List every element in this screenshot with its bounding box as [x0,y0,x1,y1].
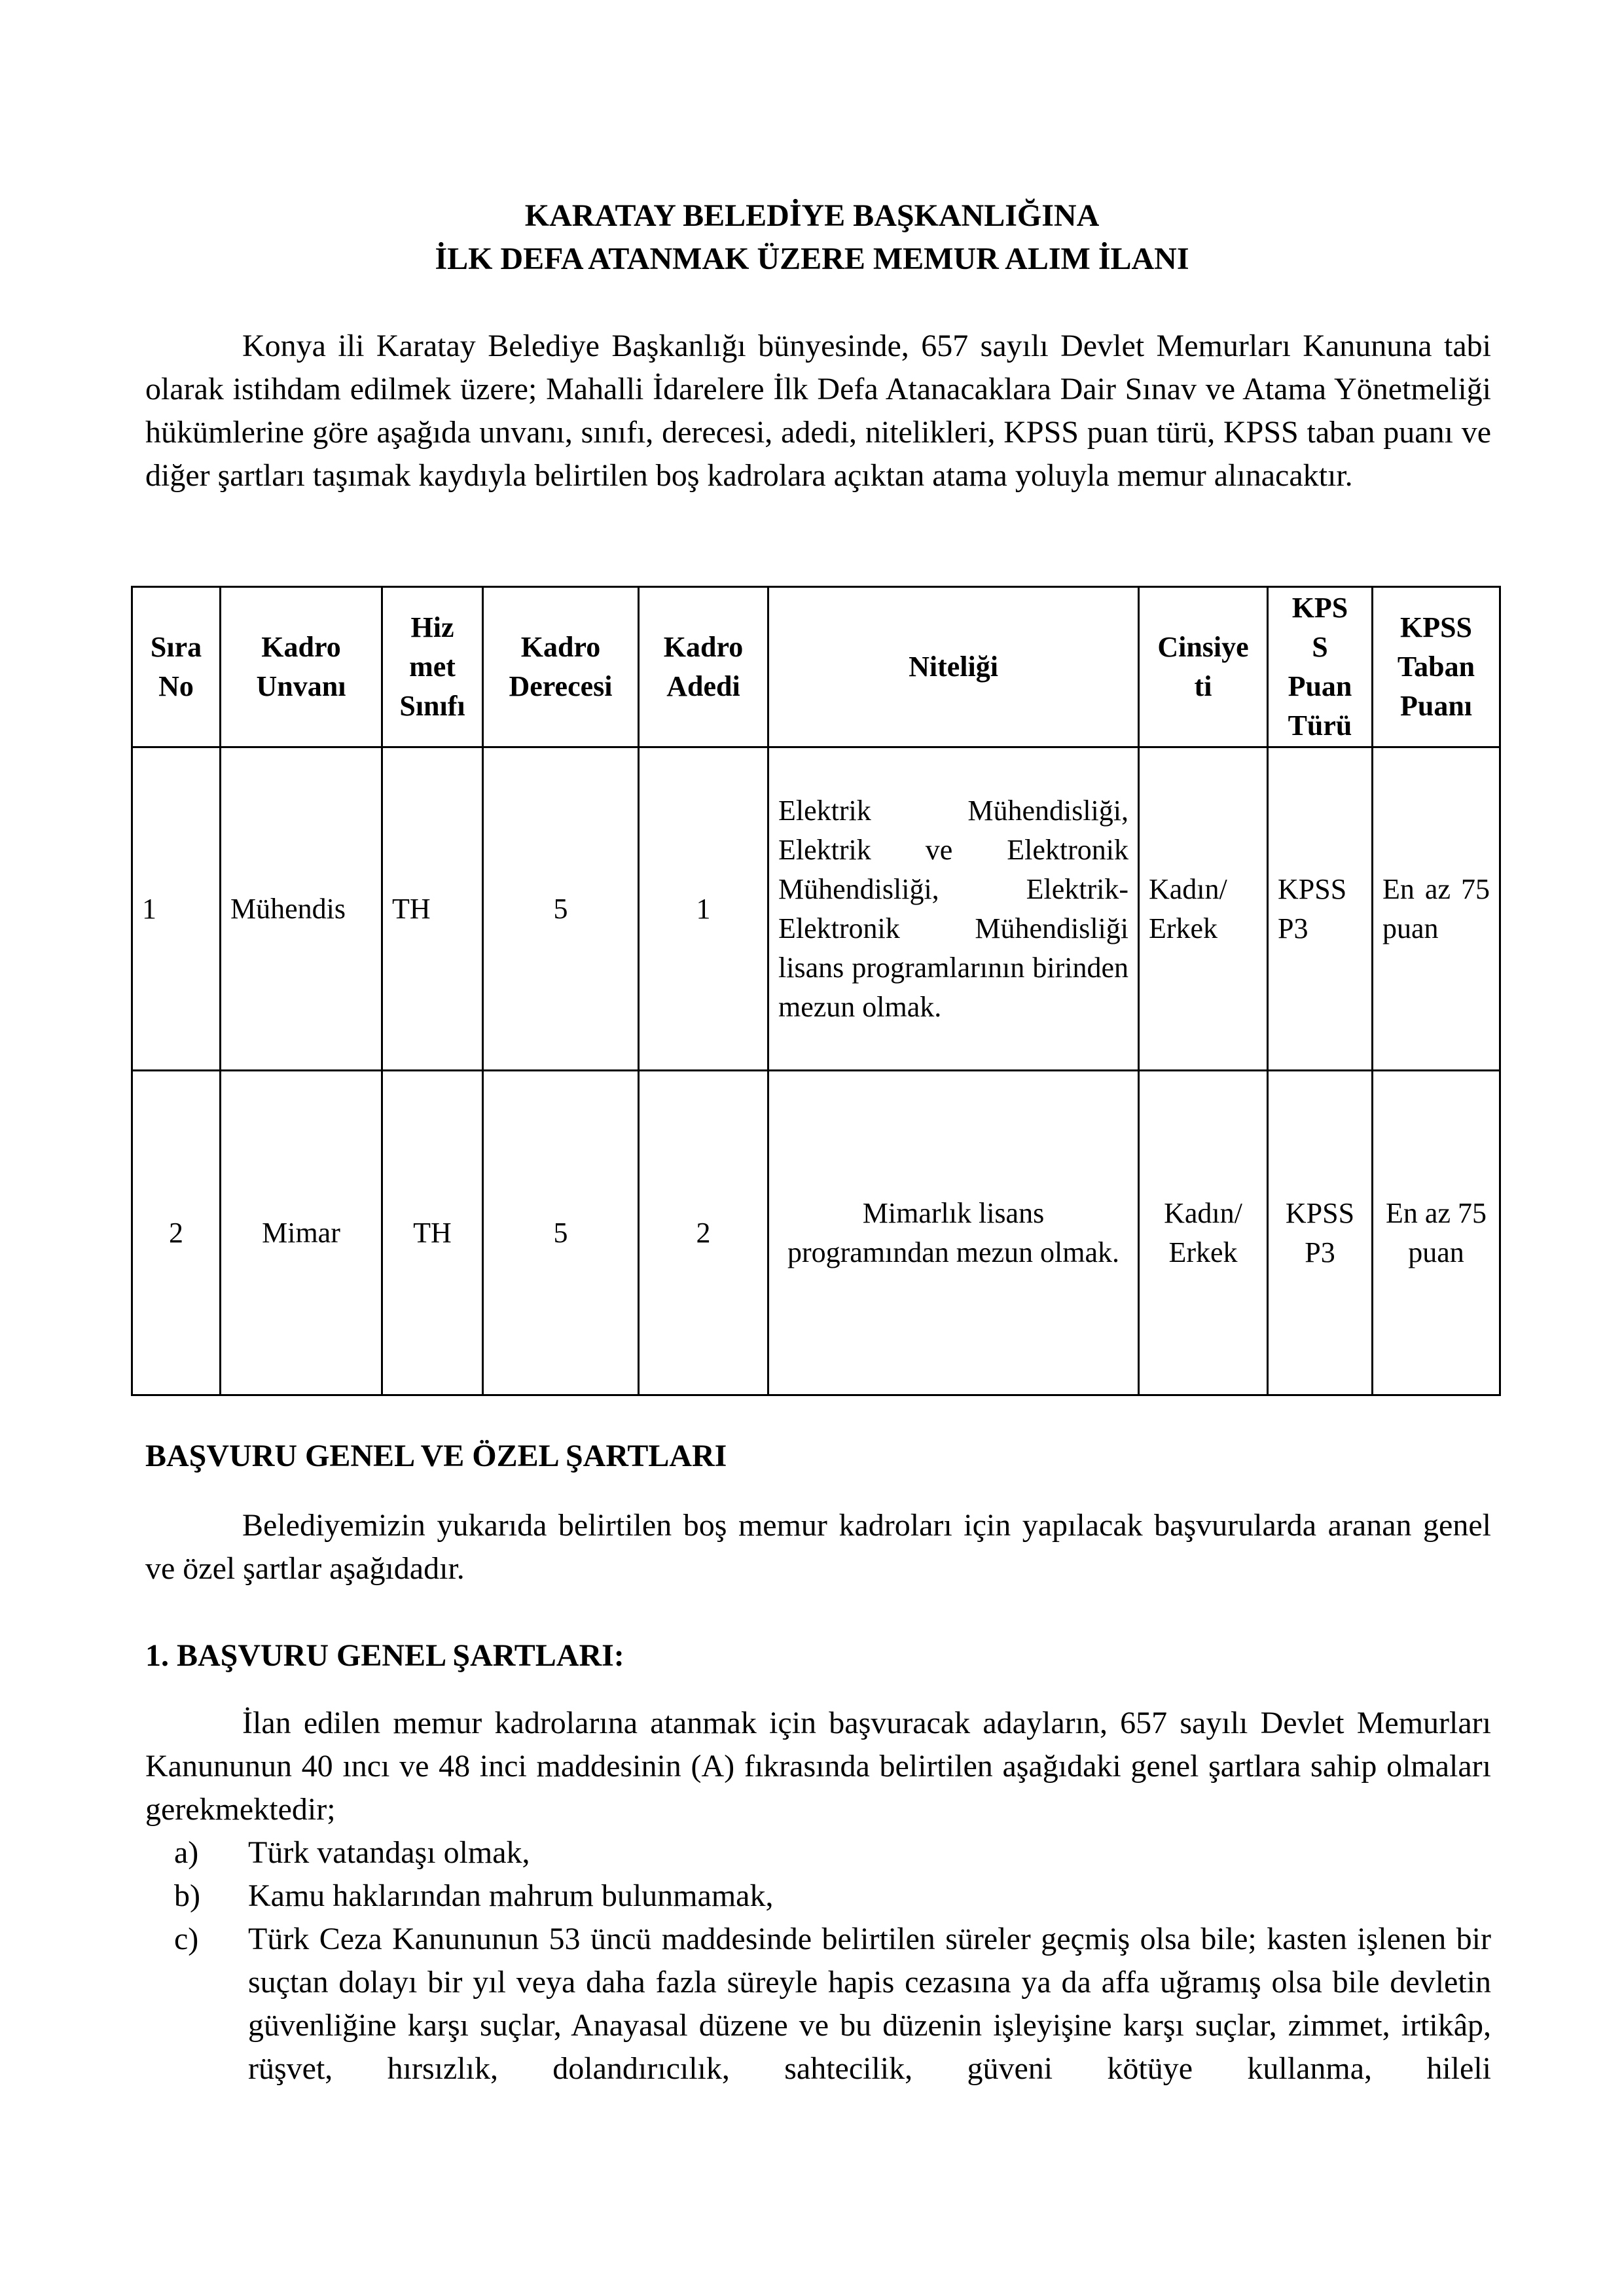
section-heading-general-special: BAŞVURU GENEL VE ÖZEL ŞARTLARI [145,1437,727,1476]
list-marker: b) [174,1874,200,1918]
general-special-paragraph: Belediyemizin yukarıda belirtilen boş me… [145,1504,1491,1590]
list-item-text: Türk vatandaşı olmak, [248,1835,530,1870]
cell-hizmet-sinifi: TH [382,1071,483,1395]
table-row: 1 Mühendis TH 5 1 Elektrik Mühendisliği,… [132,747,1500,1071]
cell-kpss-taban-puani: En az 75 puan [1373,1071,1500,1395]
list-item: a)Türk vatandaşı olmak, [145,1831,1491,1874]
cell-kpss-taban-puani: En az 75 puan [1373,747,1500,1071]
list-marker: c) [174,1918,198,1961]
general-text: İlan edilen memur kadrolarına atanmak iç… [145,1706,1491,1827]
header-niteligi: Niteliği [768,587,1139,747]
header-kadro-derecesi: KadroDerecesi [483,587,639,747]
header-kpss-taban-puani: KPSSTabanPuanı [1373,587,1500,747]
table-row: 2 Mimar TH 5 2 Mimarlık lisans programın… [132,1071,1500,1395]
cell-kadro-unvani: Mimar [221,1071,382,1395]
table-header-row: SıraNo KadroUnvanı HizmetSınıfı KadroDer… [132,587,1500,747]
list-marker: a) [174,1831,198,1874]
cell-niteligi: Mimarlık lisans programından mezun olmak… [768,1071,1139,1395]
list-item: c)Türk Ceza Kanununun 53 üncü maddesinde… [145,1918,1491,2090]
list-item-text: Türk Ceza Kanununun 53 üncü maddesinde b… [248,1922,1491,2086]
cell-sira-no: 2 [132,1071,221,1395]
document-title-line-2: İLK DEFA ATANMAK ÜZERE MEMUR ALIM İLANI [0,240,1624,279]
cell-niteligi: Elektrik Mühendisliği, Elektrik ve Elekt… [768,747,1139,1071]
header-hizmet-sinifi: HizmetSınıfı [382,587,483,747]
list-item-text: Kamu haklarından mahrum bulunmamak, [248,1878,773,1913]
cell-hizmet-sinifi: TH [382,747,483,1071]
cell-kadro-adedi: 2 [639,1071,768,1395]
general-paragraph: İlan edilen memur kadrolarına atanmak iç… [145,1702,1491,1831]
header-sira-no: SıraNo [132,587,221,747]
cell-cinsiyeti: Kadın/ Erkek [1139,1071,1268,1395]
cell-kadro-derecesi: 5 [483,1071,639,1395]
header-kpss-puan-turu: KPSSPuanTürü [1268,587,1373,747]
intro-text: Konya ili Karatay Belediye Başkanlığı bü… [145,329,1491,493]
header-kadro-adedi: KadroAdedi [639,587,768,747]
general-conditions-list: a)Türk vatandaşı olmak, b)Kamu haklarınd… [145,1831,1491,2090]
positions-table: SıraNo KadroUnvanı HizmetSınıfı KadroDer… [131,586,1501,1396]
cell-kadro-unvani: Mühendis [221,747,382,1071]
section-heading-general: 1. BAŞVURU GENEL ŞARTLARI: [145,1636,624,1676]
cell-kadro-adedi: 1 [639,747,768,1071]
header-kadro-unvani: KadroUnvanı [221,587,382,747]
cell-cinsiyeti: Kadın/ Erkek [1139,747,1268,1071]
cell-sira-no: 1 [132,747,221,1071]
header-cinsiyeti: Cinsiyeti [1139,587,1268,747]
general-special-text: Belediyemizin yukarıda belirtilen boş me… [145,1508,1491,1586]
cell-kadro-derecesi: 5 [483,747,639,1071]
document-title-line-1: KARATAY BELEDİYE BAŞKANLIĞINA [0,196,1624,236]
intro-paragraph: Konya ili Karatay Belediye Başkanlığı bü… [145,325,1491,497]
cell-kpss-puan-turu: KPSS P3 [1268,747,1373,1071]
list-item: b)Kamu haklarından mahrum bulunmamak, [145,1874,1491,1918]
cell-kpss-puan-turu: KPSS P3 [1268,1071,1373,1395]
